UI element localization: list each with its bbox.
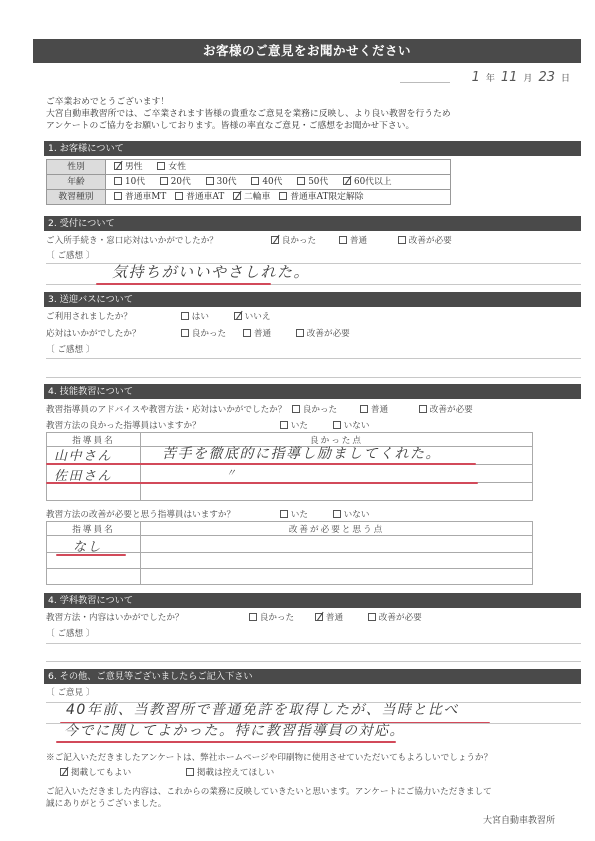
customer-info-table: 性別 男性 女性 年齢 10代 20代 30代 40代 50代 60代以上 教習… xyxy=(46,159,451,205)
option-label: 10代 xyxy=(125,177,145,187)
option-label: いない xyxy=(344,510,370,520)
underline-mark xyxy=(46,482,478,484)
date-day-label: 日 xyxy=(561,71,570,84)
option-label: 掲載してもよい xyxy=(71,768,131,778)
question-shuttle-used: ご利用されましたか？ はい いいえ xyxy=(46,310,282,322)
checkbox-icon[interactable] xyxy=(297,177,305,185)
option-label: 改善が必要 xyxy=(307,329,350,339)
option-label: 掲載は控えてほしい xyxy=(197,768,274,778)
option-label: 改善が必要 xyxy=(409,236,452,246)
option-label: 普通車AT限定解除 xyxy=(290,192,363,202)
column-header: 指導員名 xyxy=(47,522,141,536)
checkbox-icon[interactable] xyxy=(296,329,304,337)
checkbox-standard-at[interactable]: 普通車AT xyxy=(175,191,224,204)
checkbox-yes-was[interactable]: いた xyxy=(280,508,308,520)
checkbox-average[interactable]: 普通 xyxy=(243,327,271,339)
checkbox-average[interactable]: 普通 xyxy=(339,234,367,246)
intro-line: ご卒業おめでとうございます！ xyxy=(46,96,566,108)
checkbox-icon[interactable] xyxy=(339,236,347,244)
improve-point-cell[interactable] xyxy=(141,569,533,585)
option-label: 良かった xyxy=(192,329,226,339)
opinion-line-1[interactable]: 40年前、当教習所で普通免許を取得したが、当時と比べ xyxy=(66,699,459,719)
question-shuttle-service: 応対はいかがでしたか？ 良かった 普通 改善が必要 xyxy=(46,327,362,339)
section-header-reception: 2. 受付について xyxy=(44,216,581,231)
option-label: 女性 xyxy=(168,162,186,172)
checkbox-female[interactable]: 女性 xyxy=(157,161,186,174)
improve-point-cell[interactable] xyxy=(141,553,533,569)
date-field[interactable]: 1 年 11 月 23 日 xyxy=(472,70,570,85)
table-row xyxy=(47,536,533,553)
checkbox-good[interactable]: 良かった xyxy=(249,611,294,623)
closing-line: 誠にありがとうございました。 xyxy=(46,798,492,810)
checkbox-checked-icon[interactable] xyxy=(315,613,323,621)
section-header-customer: 1. お客様について xyxy=(44,141,581,156)
question-text: ご利用されましたか？ xyxy=(46,310,178,322)
consent-options: 掲載してもよい 掲載は控えてほしい xyxy=(60,766,286,778)
checkbox-icon[interactable] xyxy=(249,613,257,621)
option-label: いない xyxy=(344,421,370,431)
date-month-label: 月 xyxy=(523,71,532,84)
option-label: 20代 xyxy=(171,177,191,187)
underline-mark xyxy=(56,554,126,556)
comment-label: 〔 ご感想 〕 xyxy=(46,343,94,355)
form-title: お客様のご意見をお聞かせください xyxy=(33,39,581,63)
checkbox-icon[interactable] xyxy=(368,613,376,621)
checkbox-male[interactable]: 男性 xyxy=(114,161,143,174)
checkbox-icon[interactable] xyxy=(419,405,427,413)
question-reception: ご入所手続き・窓口応対はいかがでしたか？ 良かった 普通 改善が必要 xyxy=(46,234,464,246)
option-label: 良かった xyxy=(282,236,316,246)
good-point-1: 苦手を徹底的に指導し励ましてくれた。 xyxy=(162,443,441,463)
checkbox-icon[interactable] xyxy=(181,312,189,320)
section-header-shuttle: 3. 送迎バスについて xyxy=(44,292,581,307)
checkbox-icon[interactable] xyxy=(292,405,300,413)
option-label: いた xyxy=(291,510,308,520)
question-improve-instructor: 教習方法の改善が必要と思う指導員はいますか？ いた いない xyxy=(46,508,381,520)
option-label: 40代 xyxy=(262,177,282,187)
checkbox-none[interactable]: いない xyxy=(333,508,370,520)
row-label: 性別 xyxy=(47,160,106,175)
checkbox-average[interactable]: 普通 xyxy=(315,611,343,623)
table-row-age: 年齢 10代 20代 30代 40代 50代 60代以上 xyxy=(47,175,451,190)
improve-point-cell[interactable] xyxy=(141,536,533,553)
checkbox-checked-icon[interactable] xyxy=(343,177,351,185)
checkbox-icon[interactable] xyxy=(160,177,168,185)
column-header: 改善が必要と思う点 xyxy=(141,522,533,536)
checkbox-age-60plus[interactable]: 60代以上 xyxy=(343,176,392,189)
option-label: はい xyxy=(192,312,209,322)
checkbox-checked-icon[interactable] xyxy=(233,192,241,200)
option-label: 普通 xyxy=(350,236,367,246)
date-day: 23 xyxy=(538,70,555,85)
good-point-cell[interactable] xyxy=(141,465,533,483)
option-label: 普通 xyxy=(371,405,388,415)
checkbox-age-40s[interactable]: 40代 xyxy=(251,176,282,189)
improve-instructor-name-1: なし xyxy=(73,536,102,555)
improve-instructor-table: 指導員名 改善が必要と思う点 xyxy=(46,521,533,585)
question-good-instructor: 教習方法の良かった指導員はいますか？ いた いない xyxy=(46,419,381,431)
comment-label: 〔 ご意見 〕 xyxy=(46,686,94,698)
question-instructor-advice: 教習指導員のアドバイスや教習方法・応対はいかがでしたか？ 良かった 普通 改善が… xyxy=(46,403,485,415)
instructor-name-1: 山中さん xyxy=(54,445,112,464)
row-label: 教習種別 xyxy=(47,190,106,205)
checkbox-icon[interactable] xyxy=(186,768,194,776)
checkbox-needs-improvement[interactable]: 改善が必要 xyxy=(398,234,452,246)
option-label: 普通車AT xyxy=(186,192,224,202)
option-label: いた xyxy=(291,421,308,431)
date-year: 1 xyxy=(472,70,480,85)
question-text: 応対はいかがでしたか？ xyxy=(46,327,178,339)
checkbox-allow-publish[interactable]: 掲載してもよい xyxy=(60,766,131,778)
checkbox-decline-publish[interactable]: 掲載は控えてほしい xyxy=(186,766,274,778)
comment-reception[interactable]: 気持ちがいいやさしれた。 xyxy=(112,261,310,282)
table-row-course: 教習種別 普通車MT 普通車AT 二輪車 普通車AT限定解除 xyxy=(47,190,451,205)
question-text: 教習方法の良かった指導員はいますか？ xyxy=(46,419,277,431)
checkbox-good[interactable]: 良かった xyxy=(271,234,316,246)
checkbox-icon[interactable] xyxy=(280,421,288,429)
option-label: 良かった xyxy=(303,405,337,415)
instructor-name-cell[interactable] xyxy=(47,569,141,585)
closing-line: ご記入いただきました内容は、これからの業務に反映していきたいと思います。アンケー… xyxy=(46,786,492,798)
checkbox-icon[interactable] xyxy=(181,329,189,337)
question-text: 教習指導員のアドバイスや教習方法・応対はいかがでしたか？ xyxy=(46,403,289,415)
checkbox-icon[interactable] xyxy=(333,510,341,518)
question-text: 教習方法の改善が必要と思う指導員はいますか？ xyxy=(46,508,277,520)
section-header-other: 6. その他、ご意見等ございましたらご記入下さい xyxy=(44,669,581,684)
table-header-row: 指導員名 改善が必要と思う点 xyxy=(47,522,533,536)
checkbox-yes-was[interactable]: いた xyxy=(280,419,308,431)
table-row xyxy=(47,569,533,585)
option-label: 60代以上 xyxy=(354,177,392,187)
checkbox-icon[interactable] xyxy=(243,329,251,337)
option-label: 改善が必要 xyxy=(430,405,473,415)
row-label: 年齢 xyxy=(47,175,106,190)
checkbox-icon[interactable] xyxy=(114,192,122,200)
table-row xyxy=(47,483,533,501)
checkbox-none[interactable]: いない xyxy=(333,419,370,431)
checkbox-icon[interactable] xyxy=(333,421,341,429)
date-year-label: 年 xyxy=(486,71,495,84)
checkbox-good[interactable]: 良かった xyxy=(181,327,226,339)
intro-line: アンケートのご協力をお願いしております。皆様の率直なご意見・ご感想をお聞かせ下さ… xyxy=(46,120,566,132)
question-text: 教習方法・内容はいかがでしたか？ xyxy=(46,611,246,623)
checkbox-age-30s[interactable]: 30代 xyxy=(206,176,237,189)
option-label: 普通車MT xyxy=(125,192,166,202)
checkbox-age-20s[interactable]: 20代 xyxy=(160,176,191,189)
checkbox-needs-improvement[interactable]: 改善が必要 xyxy=(419,403,473,415)
checkbox-icon[interactable] xyxy=(251,177,259,185)
checkbox-checked-icon[interactable] xyxy=(114,162,122,170)
instructor-name-cell[interactable] xyxy=(47,483,141,501)
checkbox-checked-icon[interactable] xyxy=(271,236,279,244)
comment-label: 〔 ご感想 〕 xyxy=(46,249,94,261)
option-label: 50代 xyxy=(308,177,328,187)
checkbox-motorcycle[interactable]: 二輪車 xyxy=(233,191,270,204)
checkbox-checked-icon[interactable] xyxy=(60,768,68,776)
closing-message: ご記入いただきました内容は、これからの業務に反映していきたいと思います。アンケー… xyxy=(46,786,492,810)
checkbox-icon[interactable] xyxy=(175,192,183,200)
underline-mark xyxy=(56,741,396,743)
school-signature: 大宮自動車教習所 xyxy=(483,813,555,826)
good-point-2: 〃 xyxy=(226,464,238,479)
comment-rule xyxy=(46,643,581,644)
question-academic: 教習方法・内容はいかがでしたか？ 良かった 普通 改善が必要 xyxy=(46,611,434,623)
intro-text: ご卒業おめでとうございます！ 大宮自動車教習所では、ご卒業されます皆様の貴重なご… xyxy=(46,96,566,132)
opinion-line-2[interactable]: 今でに関してよかった。特に教習指導員の対応。 xyxy=(64,720,405,740)
good-point-cell[interactable] xyxy=(141,483,533,501)
checkbox-average[interactable]: 普通 xyxy=(360,403,388,415)
table-row xyxy=(47,465,533,483)
section-header-practical: 4. 技能教習について xyxy=(44,384,581,399)
comment-rule xyxy=(46,377,581,378)
checkbox-checked-icon[interactable] xyxy=(234,312,242,320)
comment-rule xyxy=(46,358,581,359)
checkbox-at-limit-removal[interactable]: 普通車AT限定解除 xyxy=(279,191,363,204)
checkbox-yes[interactable]: はい xyxy=(181,310,209,322)
checkbox-icon[interactable] xyxy=(279,192,287,200)
comment-rule xyxy=(46,661,581,662)
checkbox-icon[interactable] xyxy=(157,162,165,170)
table-row-gender: 性別 男性 女性 xyxy=(47,160,451,175)
option-label: 良かった xyxy=(260,613,294,623)
option-label: 改善が必要 xyxy=(379,613,422,623)
checkbox-icon[interactable] xyxy=(360,405,368,413)
option-label: 30代 xyxy=(217,177,237,187)
checkbox-icon[interactable] xyxy=(206,177,214,185)
checkbox-standard-mt[interactable]: 普通車MT xyxy=(114,191,166,204)
checkbox-good[interactable]: 良かった xyxy=(292,403,337,415)
date-month: 11 xyxy=(501,70,518,85)
checkbox-needs-improvement[interactable]: 改善が必要 xyxy=(296,327,350,339)
checkbox-age-50s[interactable]: 50代 xyxy=(297,176,328,189)
question-text: ご入所手続き・窓口応対はいかがでしたか？ xyxy=(46,234,268,246)
option-label: 普通 xyxy=(254,329,271,339)
underline-mark xyxy=(96,283,271,285)
section-header-academic: 4. 学科教習について xyxy=(44,593,581,608)
checkbox-icon[interactable] xyxy=(280,510,288,518)
checkbox-icon[interactable] xyxy=(114,177,122,185)
checkbox-age-10s[interactable]: 10代 xyxy=(114,176,145,189)
checkbox-icon[interactable] xyxy=(398,236,406,244)
consent-question: ※ご記入いただきましたアンケートは、弊社ホームページや印刷物に使用させていただい… xyxy=(46,751,492,763)
checkbox-needs-improvement[interactable]: 改善が必要 xyxy=(368,611,422,623)
checkbox-no[interactable]: いいえ xyxy=(234,310,271,322)
date-underline xyxy=(400,82,450,83)
intro-line: 大宮自動車教習所では、ご卒業されます皆様の貴重なご意見を業務に反映し、より良い教… xyxy=(46,108,566,120)
comment-label: 〔 ご感想 〕 xyxy=(46,627,94,639)
